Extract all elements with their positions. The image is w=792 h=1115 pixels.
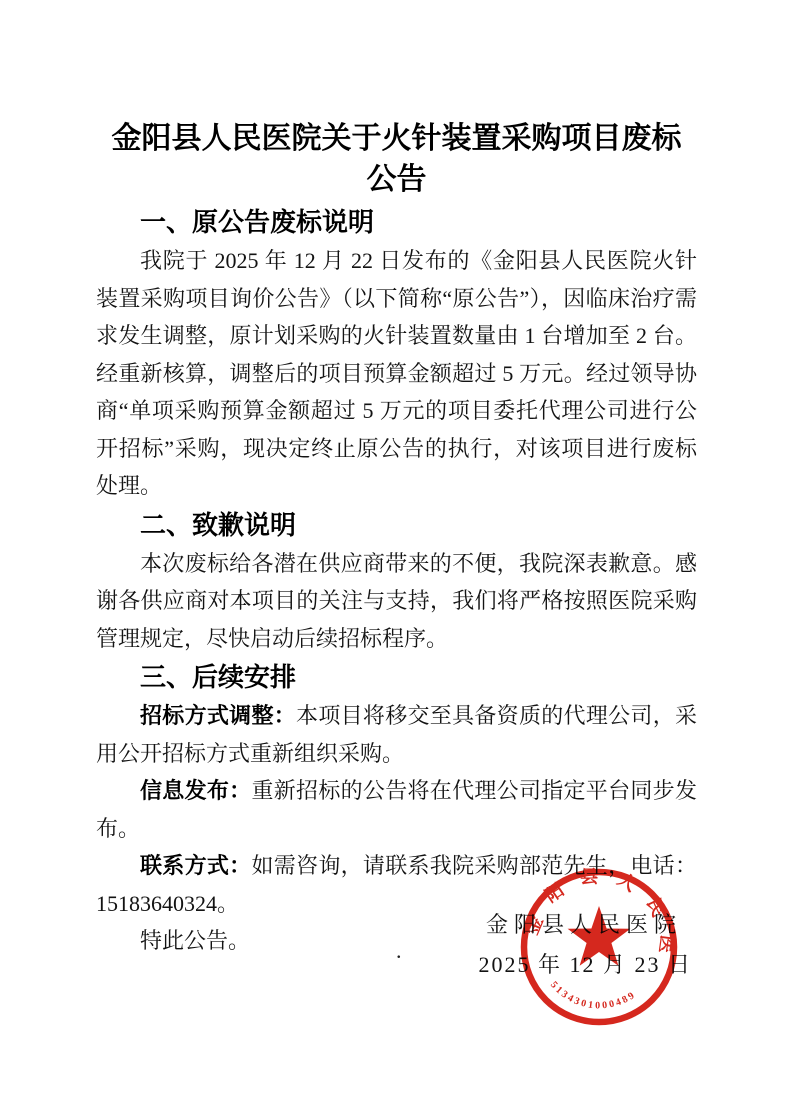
section-heading-2: 二、致歉说明 xyxy=(96,505,697,545)
document-title-line2: 公告 xyxy=(367,163,427,196)
stray-period-mark: . xyxy=(396,938,402,964)
item-info-release: 信息发布：重新招标的公告将在代理公司指定平台同步发布。 xyxy=(96,772,697,847)
section-1-paragraph: 我院于 2025 年 12 月 22 日发布的《金阳县人民医院火针装置采购项目询… xyxy=(96,242,697,505)
document-content: 金阳县人民医院关于火针装置采购项目废标公告 一、原公告废标说明 我院于 2025… xyxy=(96,118,697,960)
section-heading-1: 一、原公告废标说明 xyxy=(96,202,697,242)
item-info-release-lead: 信息发布： xyxy=(140,778,251,803)
signature-date: 2025 年 12 月 23 日 xyxy=(478,948,692,979)
section-2-paragraph: 本次废标给各潜在供应商带来的不便，我院深表歉意。感谢各供应商对本项目的关注与支持… xyxy=(96,545,697,658)
document-title: 金阳县人民医院关于火针装置采购项目废标公告 xyxy=(96,118,697,200)
announcement-page: 金阳县人民医院关于火针装置采购项目废标公告 一、原公告废标说明 我院于 2025… xyxy=(0,0,792,1115)
document-title-line1: 金阳县人民医院关于火针装置采购项目废标 xyxy=(112,122,682,155)
item-contact-lead: 联系方式： xyxy=(140,853,251,878)
item-bid-method: 招标方式调整：本项目将移交至具备资质的代理公司，采用公开招标方式重新组织采购。 xyxy=(96,697,697,772)
item-bid-method-lead: 招标方式调整： xyxy=(140,703,296,728)
seal-number-wrap: 5134301000489 xyxy=(548,980,638,1012)
seal-number: 5134301000489 xyxy=(548,980,638,1012)
section-heading-3: 三、后续安排 xyxy=(96,657,697,697)
signature-organization: 金阳县人民医院 xyxy=(486,908,682,939)
